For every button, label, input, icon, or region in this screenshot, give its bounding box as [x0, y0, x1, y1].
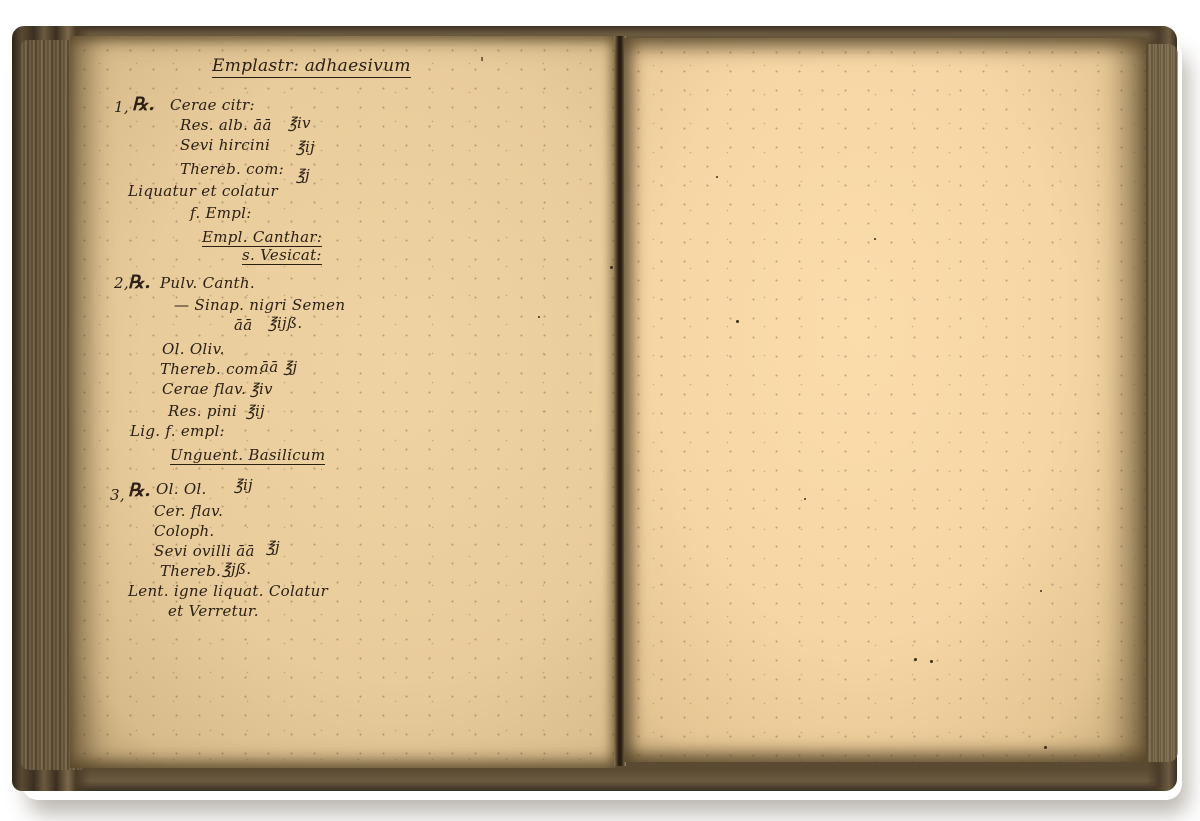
instruction-line: et Verretur.: [168, 604, 259, 619]
ingredient-line: Ol. Ol.: [156, 482, 207, 497]
margin-mark: ': [480, 56, 484, 71]
recipe-number: 2,: [114, 276, 129, 291]
right-page: [624, 38, 1146, 762]
ingredient-line: Res. pini: [168, 404, 237, 419]
paper-blemish: [1044, 746, 1047, 749]
ingredient-line: Coloph.: [154, 524, 214, 539]
ingredient-line: Thereb.: [160, 564, 221, 579]
paper-blemish: [804, 498, 806, 500]
paper-texture: [624, 38, 1146, 762]
rx-symbol-icon: ℞.: [132, 96, 155, 114]
paper-blemish: [716, 176, 718, 178]
instruction-line: Unguent. Basilicum: [170, 448, 325, 465]
ingredient-line: Cerae citr:: [170, 98, 255, 113]
instruction-line: Empl. Canthar:: [202, 230, 322, 247]
ingredient-line: Cerae flav.: [162, 382, 246, 397]
ingredient-quantity: ℥jß.: [222, 562, 251, 577]
instruction-line: s. Vesicat:: [242, 248, 322, 265]
ingredient-quantity: ℥iv: [250, 382, 273, 397]
page-title: Emplastr: adhaesivum: [212, 58, 411, 78]
ingredient-quantity: āā ℥j: [260, 360, 297, 375]
ingredient-line: Thereb. com:: [160, 362, 264, 377]
ingredient-quantity: ℥j: [266, 540, 280, 555]
instruction-line: Lent. igne liquat. Colatur: [128, 584, 328, 599]
paper-texture: [70, 36, 616, 768]
ingredient-line: Ol. Oliv.: [162, 342, 225, 357]
rx-symbol-icon: ℞.: [128, 274, 151, 292]
ingredient-line: Pulv. Canth.: [160, 276, 255, 291]
paper-blemish: [736, 320, 739, 323]
paper-blemish: [874, 238, 876, 240]
paper-blemish: [930, 660, 933, 663]
recipe-number: 3,: [110, 488, 125, 503]
instruction-line: Lig. f. empl:: [130, 424, 225, 439]
instruction-line: f. Empl:: [190, 206, 252, 221]
paper-blemish: [914, 658, 917, 661]
ingredient-quantity: ℥iv: [288, 116, 311, 131]
recipe-number: 1,: [114, 100, 129, 115]
ingredient-quantity: ℥j: [296, 168, 310, 183]
ingredient-line: Thereb. com:: [180, 162, 284, 177]
ingredient-quantity: ℥ij: [296, 140, 315, 155]
scanned-notebook-spread: Emplastr: adhaesivum ' 1, ℞. Cerae citr:…: [0, 0, 1200, 821]
ingredient-line: Sevi hircini: [180, 138, 270, 153]
ingredient-line: Cer. flav.: [154, 504, 223, 519]
page-edges-right: [1148, 44, 1178, 762]
instruction-line: Liquatur et colatur: [128, 184, 278, 199]
ingredient-line: — Sinap. nigri Semen: [174, 298, 345, 313]
ingredient-quantity: ℥ij: [246, 404, 265, 419]
rx-symbol-icon: ℞.: [128, 482, 151, 500]
paper-blemish: [610, 266, 613, 269]
ingredient-quantity: ℥ij: [234, 478, 253, 493]
ingredient-line: Sevi ovilli āā: [154, 544, 255, 559]
paper-blemish: [538, 316, 540, 318]
ingredient-line: āā: [234, 318, 253, 333]
paper-blemish: [1040, 590, 1042, 592]
left-page: Emplastr: adhaesivum ' 1, ℞. Cerae citr:…: [70, 36, 616, 768]
ingredient-line: Res. alb. āā: [180, 118, 272, 133]
ingredient-quantity: ℥ijß.: [268, 316, 302, 331]
